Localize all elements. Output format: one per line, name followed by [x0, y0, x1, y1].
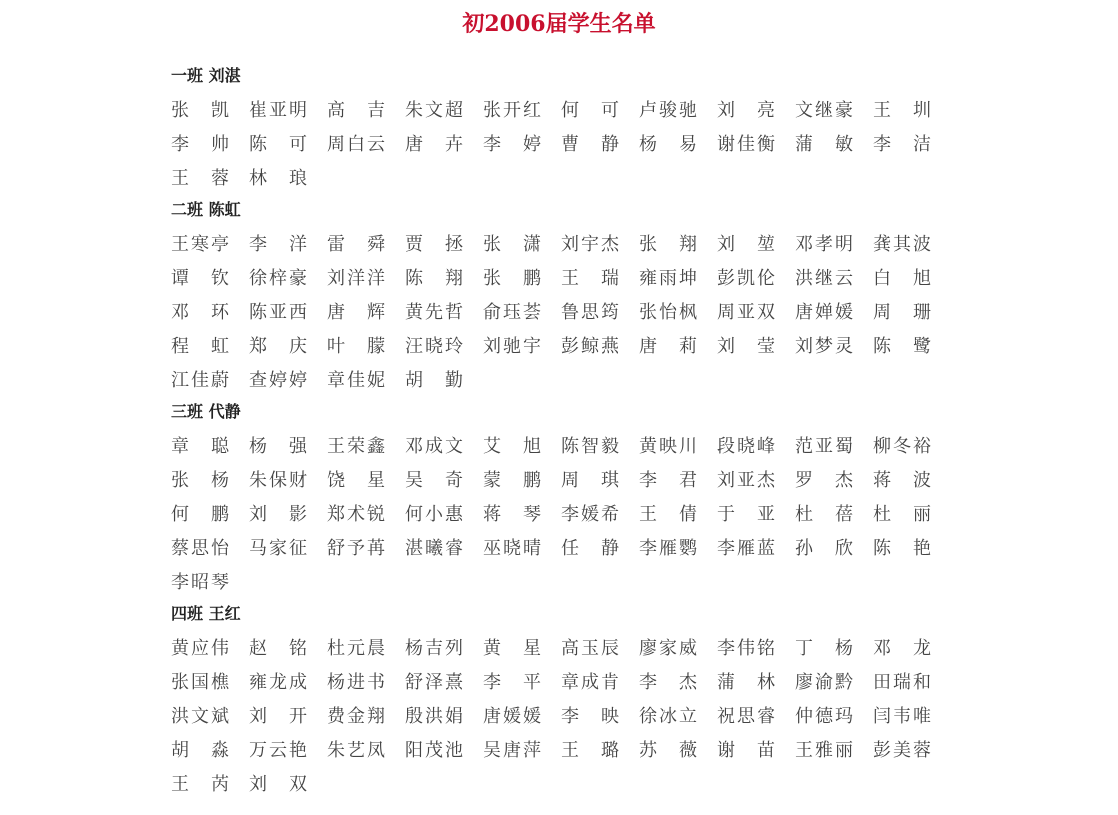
student-name: 龚其波	[873, 228, 931, 262]
student-name: 饶星	[327, 464, 385, 498]
student-name: 章聪	[171, 430, 229, 464]
student-name: 朱文超	[405, 94, 463, 128]
student-name: 刘洋洋	[327, 262, 385, 296]
student-name: 舒予苒	[327, 532, 385, 566]
student-name: 胡勤	[405, 364, 463, 398]
student-name: 李雁蓝	[717, 532, 775, 566]
student-name: 李伟铭	[717, 632, 775, 666]
class-heading: 二班 陈虹	[171, 196, 951, 224]
student-name: 孙欣	[795, 532, 853, 566]
student-grid: 黄应伟赵铭杜元晨杨吉列黄星高玉辰廖家威李伟铭丁杨邓龙张国樵雍龙成杨进书舒泽熹李平…	[171, 632, 951, 802]
student-name: 刘宇杰	[561, 228, 619, 262]
student-name: 张怡枫	[639, 296, 697, 330]
student-name: 黄应伟	[171, 632, 229, 666]
student-name: 张凯	[171, 94, 229, 128]
student-name: 贾拯	[405, 228, 463, 262]
student-name: 王瑞	[561, 262, 619, 296]
student-name: 万云艳	[249, 734, 307, 768]
student-name: 陈艳	[873, 532, 931, 566]
student-name: 唐婵媛	[795, 296, 853, 330]
student-name: 张开红	[483, 94, 541, 128]
student-name: 俞珏荟	[483, 296, 541, 330]
student-name: 陈智毅	[561, 430, 619, 464]
student-name: 王圳	[873, 94, 931, 128]
student-name: 刘影	[249, 498, 307, 532]
student-grid: 王寒亭李洋雷舜贾拯张潇刘宇杰张翔刘堃邓孝明龚其波谭钦徐梓豪刘洋洋陈翔张鹏王瑞雍雨…	[171, 228, 951, 398]
student-name: 洪继云	[795, 262, 853, 296]
student-name: 白旭	[873, 262, 931, 296]
student-name: 邓孝明	[795, 228, 853, 262]
class-section: 三班 代静章聪杨强王荣鑫邓成文艾旭陈智毅黄映川段晓峰范亚蜀柳冬裕张杨朱保财饶星吴…	[171, 398, 951, 600]
student-name: 王雅丽	[795, 734, 853, 768]
student-name: 王璐	[561, 734, 619, 768]
student-name: 田瑞和	[873, 666, 931, 700]
student-name: 范亚蜀	[795, 430, 853, 464]
student-name: 刘堃	[717, 228, 775, 262]
student-name: 王荣鑫	[327, 430, 385, 464]
student-name: 任静	[561, 532, 619, 566]
student-name: 雍龙成	[249, 666, 307, 700]
student-name: 高玉辰	[561, 632, 619, 666]
student-name: 何可	[561, 94, 619, 128]
student-name: 柳冬裕	[873, 430, 931, 464]
student-name: 廖家威	[639, 632, 697, 666]
student-name: 艾旭	[483, 430, 541, 464]
student-name: 王倩	[639, 498, 697, 532]
student-name: 李媛希	[561, 498, 619, 532]
student-name: 周白云	[327, 128, 385, 162]
student-name: 刘梦灵	[795, 330, 853, 364]
student-name: 阳茂池	[405, 734, 463, 768]
student-name: 雷舜	[327, 228, 385, 262]
student-name: 黄星	[483, 632, 541, 666]
student-name: 黄先哲	[405, 296, 463, 330]
student-name: 赵铭	[249, 632, 307, 666]
student-name: 张杨	[171, 464, 229, 498]
student-name: 唐莉	[639, 330, 697, 364]
student-grid: 张凯崔亚明高吉朱文超张开红何可卢骏驰刘亮文继豪王圳李帅陈可周白云唐卉李婷曹静杨易…	[171, 94, 951, 196]
student-name: 罗杰	[795, 464, 853, 498]
student-name: 周亚双	[717, 296, 775, 330]
student-name: 汪晓玲	[405, 330, 463, 364]
student-name: 蒲林	[717, 666, 775, 700]
student-name: 李洋	[249, 228, 307, 262]
student-name: 朱艺凤	[327, 734, 385, 768]
student-name: 陈亚西	[249, 296, 307, 330]
student-name: 蒋波	[873, 464, 931, 498]
student-name: 廖渝黔	[795, 666, 853, 700]
student-name: 胡淼	[171, 734, 229, 768]
student-name: 高吉	[327, 94, 385, 128]
student-name: 吴唐萍	[483, 734, 541, 768]
student-name: 章佳妮	[327, 364, 385, 398]
student-name: 李平	[483, 666, 541, 700]
student-name: 祝思睿	[717, 700, 775, 734]
student-name: 李杰	[639, 666, 697, 700]
student-name: 林琅	[249, 162, 307, 196]
student-name: 曹静	[561, 128, 619, 162]
student-name: 张国樵	[171, 666, 229, 700]
student-name: 于亚	[717, 498, 775, 532]
student-name: 李雁鹦	[639, 532, 697, 566]
student-name: 周琪	[561, 464, 619, 498]
student-name: 殷洪娟	[405, 700, 463, 734]
student-name: 张潇	[483, 228, 541, 262]
student-name: 吴奇	[405, 464, 463, 498]
student-name: 陈可	[249, 128, 307, 162]
student-name: 查婷婷	[249, 364, 307, 398]
student-name: 彭美蓉	[873, 734, 931, 768]
student-name: 唐媛媛	[483, 700, 541, 734]
student-name: 杨吉列	[405, 632, 463, 666]
student-name: 程虹	[171, 330, 229, 364]
student-name: 苏薇	[639, 734, 697, 768]
student-name: 王芮	[171, 768, 229, 802]
student-name: 文继豪	[795, 94, 853, 128]
student-name: 邓环	[171, 296, 229, 330]
student-name: 叶朦	[327, 330, 385, 364]
student-name: 李君	[639, 464, 697, 498]
student-name: 刘开	[249, 700, 307, 734]
student-name: 刘亚杰	[717, 464, 775, 498]
class-heading: 一班 刘湛	[171, 62, 951, 90]
class-heading: 三班 代静	[171, 398, 951, 426]
student-name: 黄映川	[639, 430, 697, 464]
student-name: 蒙鹏	[483, 464, 541, 498]
student-name: 江佳蔚	[171, 364, 229, 398]
student-name: 王寒亭	[171, 228, 229, 262]
student-name: 马家征	[249, 532, 307, 566]
student-name: 朱保财	[249, 464, 307, 498]
class-heading: 四班 王红	[171, 600, 951, 628]
student-name: 卢骏驰	[639, 94, 697, 128]
class-list: 一班 刘湛张凯崔亚明高吉朱文超张开红何可卢骏驰刘亮文继豪王圳李帅陈可周白云唐卉李…	[171, 62, 951, 802]
student-name: 刘驰宇	[483, 330, 541, 364]
student-name: 彭凯伦	[717, 262, 775, 296]
student-name: 雍雨坤	[639, 262, 697, 296]
student-name: 彭鲸燕	[561, 330, 619, 364]
student-name: 李洁	[873, 128, 931, 162]
student-name: 仲德玛	[795, 700, 853, 734]
page-title: 初2006届学生名单	[0, 7, 1118, 38]
student-name: 杜蓓	[795, 498, 853, 532]
student-name: 杨强	[249, 430, 307, 464]
student-name: 李昭琴	[171, 566, 229, 600]
student-name: 徐梓豪	[249, 262, 307, 296]
student-name: 邓龙	[873, 632, 931, 666]
student-name: 章成肯	[561, 666, 619, 700]
student-name: 杨易	[639, 128, 697, 162]
student-name: 湛曦睿	[405, 532, 463, 566]
student-name: 刘亮	[717, 94, 775, 128]
student-name: 费金翔	[327, 700, 385, 734]
student-name: 郑术锐	[327, 498, 385, 532]
student-name: 王蓉	[171, 162, 229, 196]
student-name: 崔亚明	[249, 94, 307, 128]
student-name: 杜元晨	[327, 632, 385, 666]
student-name: 杨进书	[327, 666, 385, 700]
student-name: 徐冰立	[639, 700, 697, 734]
student-name: 邓成文	[405, 430, 463, 464]
student-name: 李帅	[171, 128, 229, 162]
student-name: 唐卉	[405, 128, 463, 162]
student-name: 段晓峰	[717, 430, 775, 464]
student-name: 刘莹	[717, 330, 775, 364]
class-section: 四班 王红黄应伟赵铭杜元晨杨吉列黄星高玉辰廖家威李伟铭丁杨邓龙张国樵雍龙成杨进书…	[171, 600, 951, 802]
student-name: 张翔	[639, 228, 697, 262]
student-name: 陈翔	[405, 262, 463, 296]
student-name: 蔡思怡	[171, 532, 229, 566]
student-name: 陈鹭	[873, 330, 931, 364]
student-name: 唐辉	[327, 296, 385, 330]
student-name: 闫韦唯	[873, 700, 931, 734]
student-name: 丁杨	[795, 632, 853, 666]
student-name: 周珊	[873, 296, 931, 330]
student-name: 刘双	[249, 768, 307, 802]
student-name: 谢苗	[717, 734, 775, 768]
student-name: 何鹏	[171, 498, 229, 532]
class-section: 二班 陈虹王寒亭李洋雷舜贾拯张潇刘宇杰张翔刘堃邓孝明龚其波谭钦徐梓豪刘洋洋陈翔张…	[171, 196, 951, 398]
student-name: 舒泽熹	[405, 666, 463, 700]
class-section: 一班 刘湛张凯崔亚明高吉朱文超张开红何可卢骏驰刘亮文继豪王圳李帅陈可周白云唐卉李…	[171, 62, 951, 196]
student-name: 蒋琴	[483, 498, 541, 532]
student-name: 李婷	[483, 128, 541, 162]
student-name: 杜丽	[873, 498, 931, 532]
student-name: 张鹏	[483, 262, 541, 296]
student-name: 郑庆	[249, 330, 307, 364]
student-name: 何小惠	[405, 498, 463, 532]
student-name: 李映	[561, 700, 619, 734]
student-name: 巫晓晴	[483, 532, 541, 566]
student-name: 鲁思筠	[561, 296, 619, 330]
student-name: 蒲敏	[795, 128, 853, 162]
student-name: 洪文斌	[171, 700, 229, 734]
student-grid: 章聪杨强王荣鑫邓成文艾旭陈智毅黄映川段晓峰范亚蜀柳冬裕张杨朱保财饶星吴奇蒙鹏周琪…	[171, 430, 951, 600]
student-name: 谭钦	[171, 262, 229, 296]
student-name: 谢佳衡	[717, 128, 775, 162]
